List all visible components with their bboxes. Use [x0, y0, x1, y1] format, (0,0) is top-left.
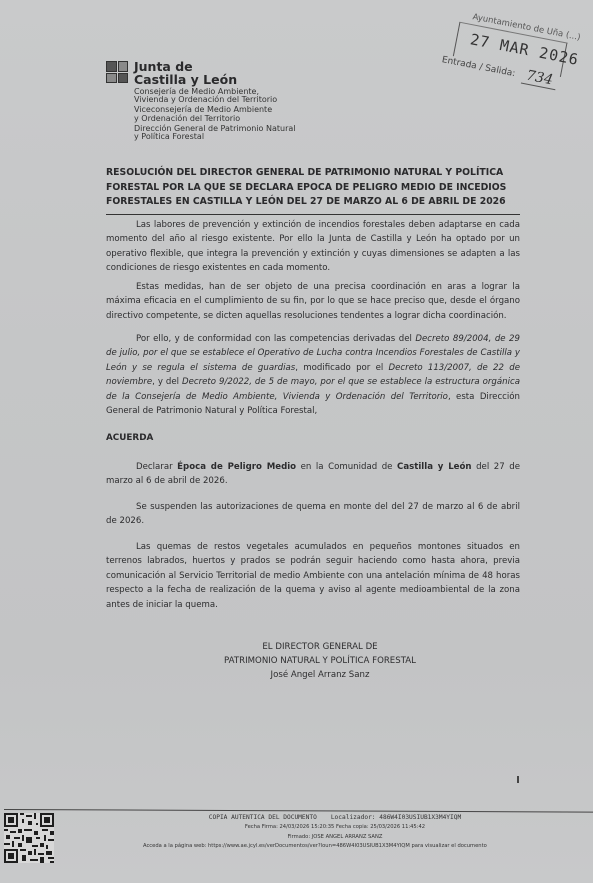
acuerda-heading: ACUERDA [106, 433, 153, 443]
paragraph-text: , modificado por el [295, 363, 388, 373]
signature-block: EL DIRECTOR GENERAL DE PATRIMONIO NATURA… [180, 640, 460, 682]
department-hierarchy: Consejería de Medio Ambiente, Vivienda y… [134, 88, 296, 143]
paragraph-text: , y del [152, 377, 182, 387]
signed-by: JOSE ANGEL ARRANZ SANZ [312, 834, 383, 840]
signatory-title-line2: PATRIMONIO NATURAL Y POLÍTICA FORESTAL [180, 654, 460, 668]
paragraph-text: Se suspenden las autorizaciones de quema… [106, 502, 520, 526]
paragraph-3: Por ello, y de conformidad con las compe… [106, 332, 520, 418]
paragraph-text: Las labores de prevención y extinción de… [106, 220, 520, 273]
paragraph-text: Por ello, y de conformidad con las compe… [136, 334, 415, 344]
verification-link[interactable]: Acceda a la página web: https://www.ae.j… [143, 842, 530, 852]
copy-date-label: Fecha copia: [336, 824, 369, 830]
paragraph-text: en la Comunidad de [296, 462, 397, 472]
copy-date: 25/03/2026 11:45:42 [370, 824, 425, 830]
dates-line: Fecha Firma: 24/03/2026 15:20:35 Fecha c… [140, 823, 530, 833]
dept-line: y Política Forestal [134, 133, 296, 141]
paragraph-text: Las quemas de restos vegetales acumulado… [106, 542, 520, 610]
signatory-name: José Angel Arranz Sanz [180, 668, 460, 682]
locator-code: 486W4I03USIUB1X3M4YIQM [379, 814, 461, 821]
org-name-line2: Castilla y León [134, 72, 237, 87]
paragraph-declaration: Declarar Época de Peligro Medio en la Co… [106, 460, 520, 489]
dept-line: y Ordenación del Territorio [134, 115, 296, 123]
paragraph-text: Estas medidas, han de ser objeto de una … [106, 282, 520, 321]
signature-date-label: Fecha Firma: [245, 824, 278, 830]
resolution-title: RESOLUCIÓN DEL DIRECTOR GENERAL DE PATRI… [106, 166, 526, 210]
paragraph-2: Estas medidas, han de ser objeto de una … [106, 280, 520, 323]
department-consejeria: Consejería de Medio Ambiente, Vivienda y… [134, 88, 296, 105]
qr-code-icon[interactable] [4, 813, 54, 863]
department-direccion-general: Dirección General de Patrimonio Natural … [134, 125, 296, 142]
junta-coat-of-arms-icon [106, 61, 128, 83]
paragraph-1: Las labores de prevención y extinción de… [106, 218, 520, 276]
danger-level: Época de Peligro Medio [177, 462, 296, 472]
authentic-copy-footer: COPIA AUTENTICA DEL DOCUMENTOLocalizador… [140, 813, 530, 852]
signed-by-line: Firmado: JOSE ANGEL ARRANZ SANZ [140, 833, 530, 843]
signature-date: 24/03/2026 15:20:35 [280, 824, 335, 830]
paragraph-burning-rules: Las quemas de restos vegetales acumulado… [106, 540, 520, 612]
title-divider [106, 214, 520, 215]
document-page: Junta de Castilla y León Consejería de M… [0, 0, 593, 883]
region-name: Castilla y León [397, 462, 472, 472]
registry-stamp: Ayuntamiento de Uña (...) 27 MAR 2026 En… [435, 8, 593, 125]
copy-locator-line: COPIA AUTENTICA DEL DOCUMENTOLocalizador… [140, 813, 530, 823]
signed-by-label: Firmado: [288, 834, 311, 840]
copy-label: COPIA AUTENTICA DEL DOCUMENTO [209, 814, 317, 821]
department-viceconsejeria: Viceconsejería de Medio Ambiente y Orden… [134, 106, 296, 123]
signatory-title-line1: EL DIRECTOR GENERAL DE [180, 640, 460, 654]
locator-label: Localizador: [331, 814, 376, 821]
paragraph-text: Declarar [136, 462, 177, 472]
org-name: Junta de Castilla y León [134, 60, 237, 86]
page-mark [517, 776, 519, 783]
dept-line: Vivienda y Ordenación del Territorio [134, 96, 296, 104]
paragraph-suspension: Se suspenden las autorizaciones de quema… [106, 500, 520, 529]
